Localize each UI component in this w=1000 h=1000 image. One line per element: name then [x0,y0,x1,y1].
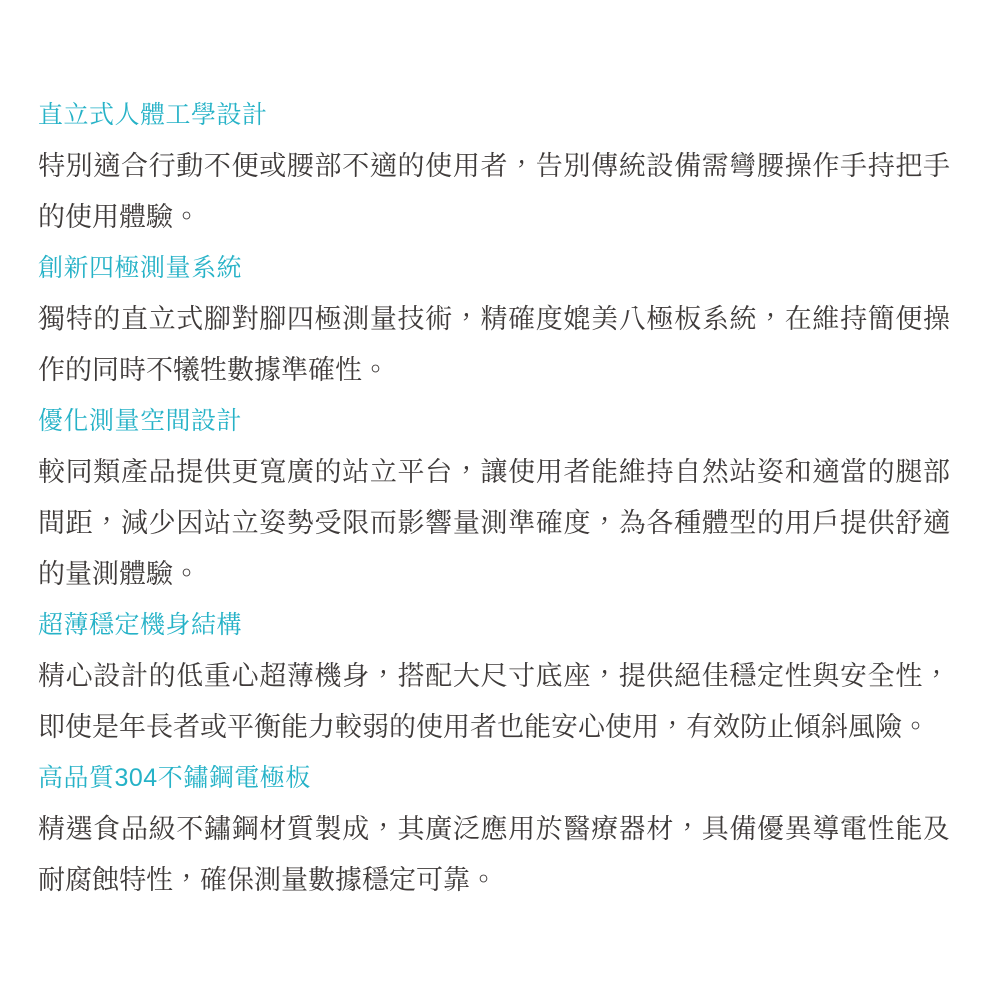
product-feature-description: 直立式人體工學設計 特別適合行動不便或腰部不適的使用者，告別傳統設備需彎腰操作手… [0,0,1000,906]
feature-heading: 創新四極測量系統 [38,243,950,294]
feature-section-ergonomic-design: 直立式人體工學設計 特別適合行動不便或腰部不適的使用者，告別傳統設備需彎腰操作手… [38,90,950,243]
feature-heading: 高品質304不鏽鋼電極板 [38,753,950,804]
feature-description: 精選食品級不鏽鋼材質製成，其廣泛應用於醫療器材，具備優異導電性能及耐腐蝕特性，確… [38,804,950,906]
feature-heading: 直立式人體工學設計 [38,90,950,141]
feature-section-four-electrode-system: 創新四極測量系統 獨特的直立式腳對腳四極測量技術，精確度媲美八極板系統，在維持簡… [38,243,950,396]
feature-section-measurement-space: 優化測量空間設計 較同類產品提供更寬廣的站立平台，讓使用者能維持自然站姿和適當的… [38,396,950,600]
feature-description: 獨特的直立式腳對腳四極測量技術，精確度媲美八極板系統，在維持簡便操作的同時不犧牲… [38,294,950,396]
feature-description: 較同類產品提供更寬廣的站立平台，讓使用者能維持自然站姿和適當的腿部間距，減少因站… [38,447,950,600]
feature-description: 特別適合行動不便或腰部不適的使用者，告別傳統設備需彎腰操作手持把手的使用體驗。 [38,141,950,243]
feature-section-stainless-electrode-plate: 高品質304不鏽鋼電極板 精選食品級不鏽鋼材質製成，其廣泛應用於醫療器材，具備優… [38,753,950,906]
feature-heading: 優化測量空間設計 [38,396,950,447]
feature-section-slim-stable-body: 超薄穩定機身結構 精心設計的低重心超薄機身，搭配大尺寸底座，提供絕佳穩定性與安全… [38,600,950,753]
feature-heading: 超薄穩定機身結構 [38,600,950,651]
feature-description: 精心設計的低重心超薄機身，搭配大尺寸底座，提供絕佳穩定性與安全性，即使是年長者或… [38,651,950,753]
